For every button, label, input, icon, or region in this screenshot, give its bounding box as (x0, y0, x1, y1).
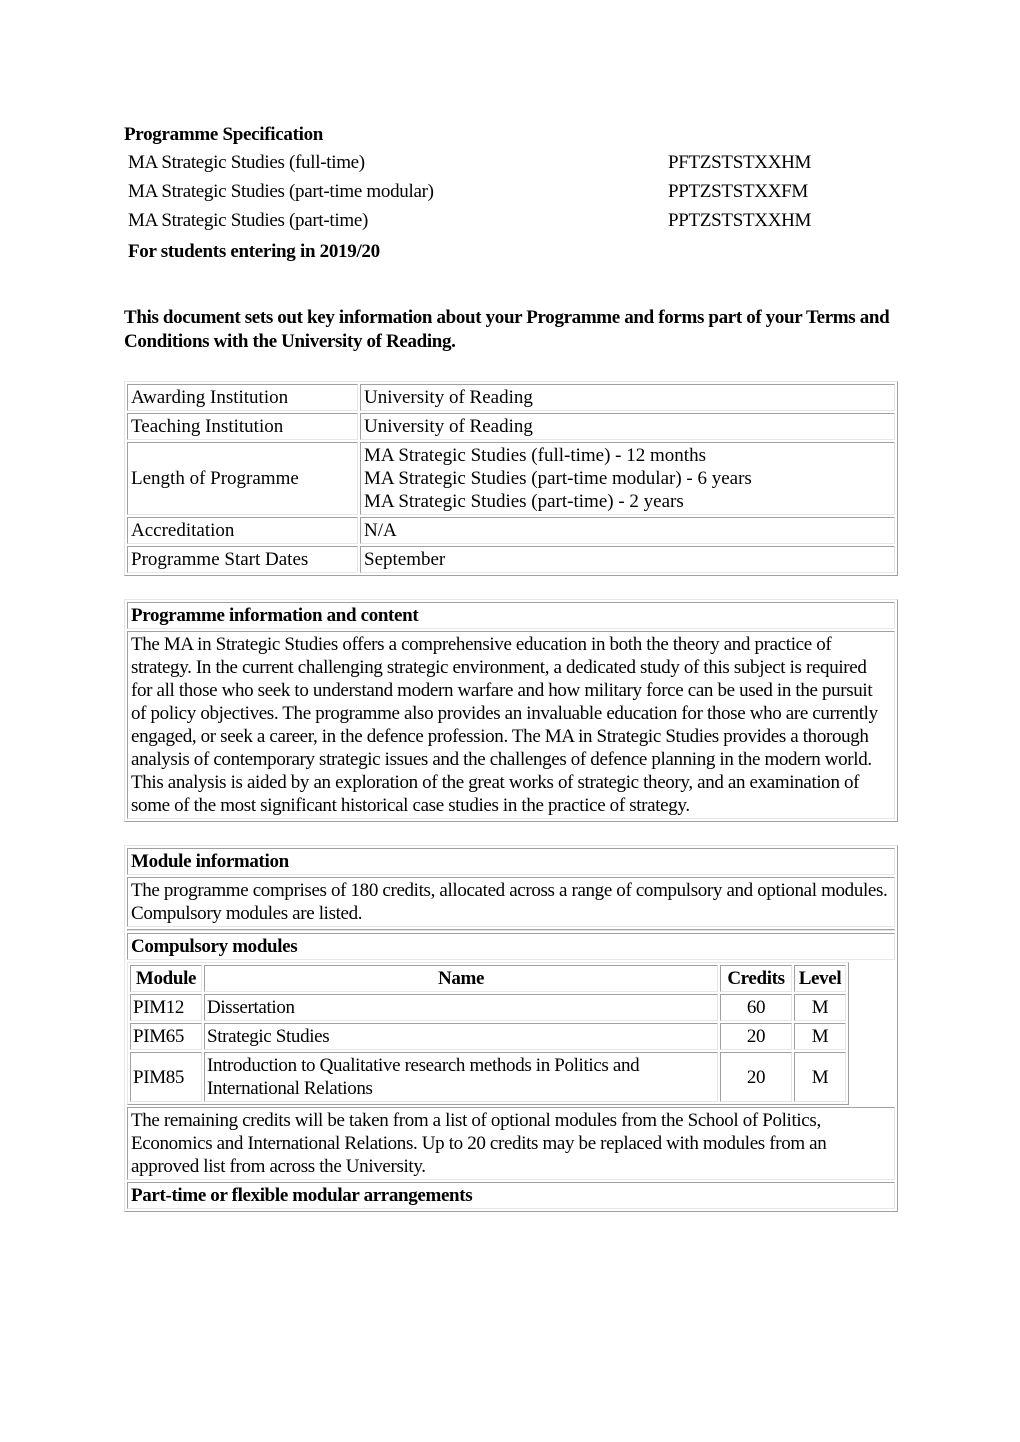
table-row: Programme Start Dates September (127, 546, 895, 573)
column-header-credits: Credits (720, 965, 792, 992)
remaining-credits-note: The remaining credits will be taken from… (127, 1107, 895, 1180)
programme-code: PFTZSTSTXXHM (668, 148, 811, 177)
programme-length: MA Strategic Studies (part-time) - 2 yea… (364, 490, 891, 513)
table-row: PIM85 Introduction to Qualitative resear… (130, 1052, 846, 1102)
module-level: M (794, 1023, 846, 1050)
programme-name: MA Strategic Studies (part-time modular) (128, 177, 668, 206)
module-name: Strategic Studies (204, 1023, 718, 1050)
module-level: M (794, 1052, 846, 1102)
row-label: Awarding Institution (127, 384, 358, 411)
module-name: Introduction to Qualitative research met… (204, 1052, 718, 1102)
module-credits: 20 (720, 1023, 792, 1050)
column-header-level: Level (794, 965, 846, 992)
row-label: Teaching Institution (127, 413, 358, 440)
programme-length: MA Strategic Studies (full-time) - 12 mo… (364, 444, 891, 467)
module-credits: 20 (720, 1052, 792, 1102)
section-heading: Programme information and content (127, 602, 895, 629)
programme-code-row: MA Strategic Studies (part-time) PPTZSTS… (124, 206, 898, 235)
programme-name: MA Strategic Studies (full-time) (128, 148, 668, 177)
module-code: PIM12 (130, 994, 202, 1021)
row-label: Accreditation (127, 517, 358, 544)
section-heading: Compulsory modules (127, 933, 895, 960)
row-label: Programme Start Dates (127, 546, 358, 573)
module-name: Dissertation (204, 994, 718, 1021)
intro-statement: This document sets out key information a… (124, 306, 898, 354)
programme-name: MA Strategic Studies (part-time) (128, 206, 668, 235)
module-code: PIM65 (130, 1023, 202, 1050)
row-value: University of Reading (360, 413, 895, 440)
programme-length: MA Strategic Studies (part-time modular)… (364, 467, 891, 490)
compulsory-modules-table: Module Name Credits Level PIM12 Disserta… (127, 962, 849, 1105)
table-row: Teaching Institution University of Readi… (127, 413, 895, 440)
row-value: N/A (360, 517, 895, 544)
table-row: Awarding Institution University of Readi… (127, 384, 895, 411)
document-title: Programme Specification (124, 122, 898, 148)
programme-description: The MA in Strategic Studies offers a com… (127, 631, 895, 819)
table-row: Length of Programme MA Strategic Studies… (127, 442, 895, 515)
programme-specification-page: Programme Specification MA Strategic Stu… (124, 122, 898, 1212)
module-credits: 60 (720, 994, 792, 1021)
row-label: Length of Programme (127, 442, 358, 515)
module-description: The programme comprises of 180 credits, … (127, 877, 895, 927)
compulsory-modules-cell: Module Name Credits Level PIM12 Disserta… (127, 962, 895, 1105)
section-heading: Part-time or flexible modular arrangemen… (127, 1182, 895, 1209)
programme-code: PPTZSTSTXXFM (668, 177, 808, 206)
programme-code-row: MA Strategic Studies (full-time) PFTZSTS… (124, 148, 898, 177)
table-header-row: Module Name Credits Level (130, 965, 846, 992)
column-header-module: Module (130, 965, 202, 992)
column-header-name: Name (204, 965, 718, 992)
row-value: September (360, 546, 895, 573)
module-level: M (794, 994, 846, 1021)
programme-content-table: Programme information and content The MA… (124, 599, 898, 822)
row-value: MA Strategic Studies (full-time) - 12 mo… (360, 442, 895, 515)
empty-cell (127, 929, 895, 931)
programme-code-row: MA Strategic Studies (part-time modular)… (124, 177, 898, 206)
entry-year: For students entering in 2019/20 (124, 235, 898, 269)
section-heading: Module information (127, 848, 895, 875)
table-row: PIM12 Dissertation 60 M (130, 994, 846, 1021)
row-value: University of Reading (360, 384, 895, 411)
module-code: PIM85 (130, 1052, 202, 1102)
module-information-table: Module information The programme compris… (124, 845, 898, 1212)
table-row: PIM65 Strategic Studies 20 M (130, 1023, 846, 1050)
summary-table: Awarding Institution University of Readi… (124, 381, 898, 576)
programme-code: PPTZSTSTXXHM (668, 206, 811, 235)
table-row: Accreditation N/A (127, 517, 895, 544)
